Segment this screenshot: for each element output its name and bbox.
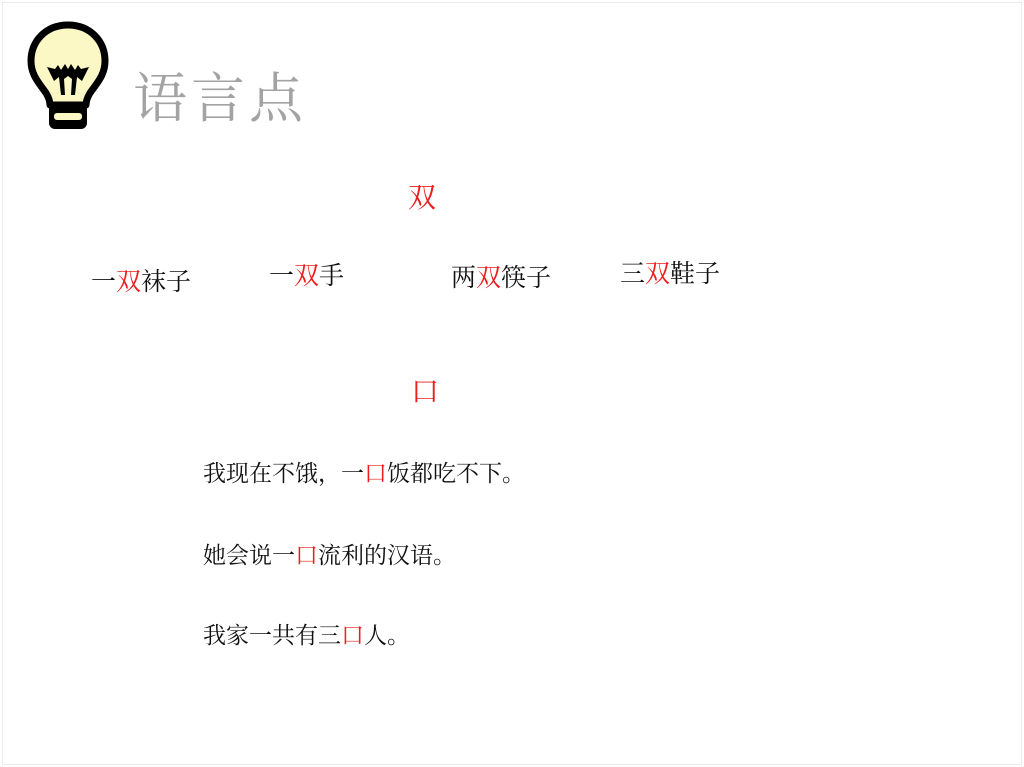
phrase-suffix: 鞋子 xyxy=(670,259,720,288)
section-heading-kou: 口 xyxy=(411,375,439,409)
phrase-suffix: 手 xyxy=(319,261,344,290)
phrase-highlight: 双 xyxy=(645,259,670,288)
phrase-prefix: 一 xyxy=(91,267,116,296)
phrase-item: 两双筷子 xyxy=(451,263,551,293)
phrase-item: 三双鞋子 xyxy=(620,259,720,289)
section-heading-shuang: 双 xyxy=(408,181,436,215)
phrase-highlight: 双 xyxy=(116,267,141,296)
lightbulb-icon xyxy=(27,21,109,135)
sentence-suffix: 人。 xyxy=(364,623,410,649)
phrase-suffix: 袜子 xyxy=(141,267,191,296)
phrase-item: 一双手 xyxy=(269,261,344,291)
phrase-highlight: 双 xyxy=(294,261,319,290)
phrase-suffix: 筷子 xyxy=(501,263,551,292)
sentence-highlight: 口 xyxy=(295,543,318,569)
sentence-suffix: 饭都吃不下。 xyxy=(387,461,525,487)
phrase-item: 一双袜子 xyxy=(91,267,191,297)
slide: 语言点 双 一双袜子 一双手 两双筷子 三双鞋子 口 我现在不饿，一口饭都吃不下… xyxy=(2,2,1022,765)
example-sentence: 我现在不饿，一口饭都吃不下。 xyxy=(203,459,525,489)
example-sentence: 她会说一口流利的汉语。 xyxy=(203,541,456,571)
sentence-prefix: 我现在不饿，一 xyxy=(203,461,364,487)
phrase-prefix: 一 xyxy=(269,261,294,290)
phrase-highlight: 双 xyxy=(476,263,501,292)
slide-title: 语言点 xyxy=(133,67,307,131)
sentence-highlight: 口 xyxy=(364,461,387,487)
example-sentence: 我家一共有三口人。 xyxy=(203,621,410,651)
sentence-highlight: 口 xyxy=(341,623,364,649)
sentence-prefix: 她会说一 xyxy=(203,543,295,569)
phrase-prefix: 两 xyxy=(451,263,476,292)
sentence-prefix: 我家一共有三 xyxy=(203,623,341,649)
phrase-prefix: 三 xyxy=(620,259,645,288)
sentence-suffix: 流利的汉语。 xyxy=(318,543,456,569)
